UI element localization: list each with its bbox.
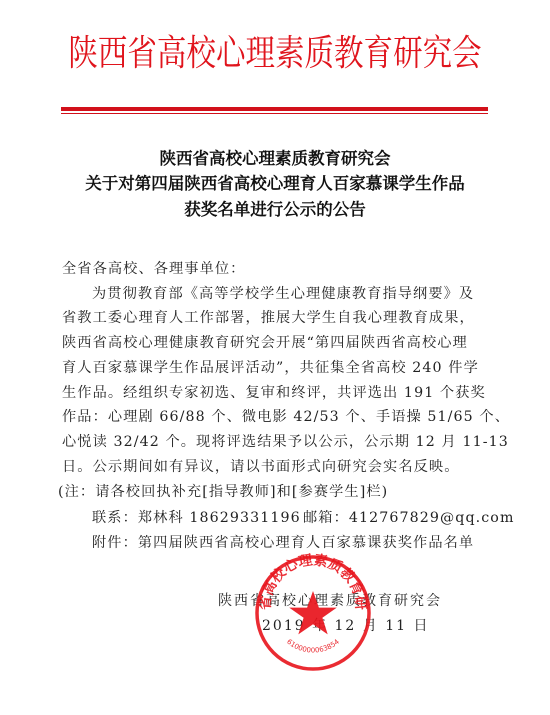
paragraph-line: 为贯彻教育部《高等学校学生心理健康教育指导纲要》及: [92, 283, 474, 303]
paragraph-line: 作品：心理剧 66/88 个、微电影 42/53 个、手语操 51/65 个、: [62, 406, 510, 426]
contact-email[interactable]: 邮箱：412767829@qq.com: [303, 507, 515, 527]
official-seal-icon: 陕西省高校心理素质教育研究会 6100000063854: [253, 553, 373, 673]
salutation: 全省各高校、各理事单位：: [62, 258, 245, 278]
masthead-rule-thick: [61, 107, 488, 111]
heading-line-1: 陕西省高校心理素质教育研究会: [0, 145, 550, 169]
contact-phone: 联系：郑林科 18629331196: [92, 507, 301, 527]
masthead-title: 陕西省高校心理素质教育研究会: [50, 30, 501, 78]
heading-line-3: 获奖名单进行公示的公告: [0, 196, 550, 220]
paragraph-line: 育人百家慕课学生作品展评活动”，共征集全省高校 240 件学: [62, 357, 479, 377]
paragraph-line: 心悦读 32/42 个。现将评选结果予以公示，公示期 12 月 11-13: [62, 431, 509, 451]
paragraph-line: 省教工委心理育人工作部署，推展大学生自我心理教育成果，: [62, 307, 475, 327]
paragraph-line: 陕西省高校心理健康教育研究会开展“第四届陕西省高校心理: [62, 332, 468, 352]
attachment[interactable]: 附件：第四届陕西省高校心理育人百家慕课获奖作品名单: [92, 532, 474, 552]
masthead-rule-thin: [61, 113, 488, 114]
paragraph-line: 日。公示期间如有异议，请以书面形式向研究会实名反映。: [62, 456, 459, 476]
heading-line-2: 关于对第四届陕西省高校心理育人百家慕课学生作品: [0, 170, 550, 194]
paragraph-line: 生作品。经组织专家初选、复审和终评，共评选出 191 个获奖: [62, 382, 486, 402]
note: (注：请各校回执补充[指导教师]和[参赛学生]栏): [58, 481, 388, 501]
svg-text:6100000063854: 6100000063854: [285, 637, 341, 654]
